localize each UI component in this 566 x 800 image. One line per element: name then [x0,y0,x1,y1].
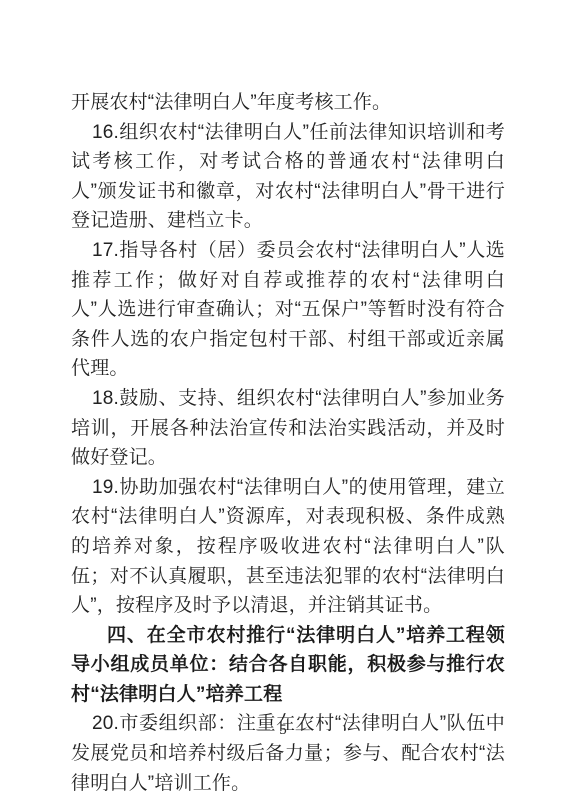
footer-dash-right: — [296,722,310,737]
footer-dash-left: — [256,722,270,737]
paragraph-item-17: 17.指导各村（居）委员会农村“法律明白人”人选推荐工作；做好对自荐或推荐的农村… [71,236,505,384]
section-heading: 四、在全市农村推行“法律明白人”培养工程领导小组成员单位：结合各自职能，积极参与… [71,621,505,710]
paragraph-continuation: 开展农村“法律明白人”年度考核工作。 [71,88,505,118]
paragraph-item-19: 19.协助加强农村“法律明白人”的使用管理，建立农村“法律明白人”资源库，对表现… [71,473,505,621]
paragraph-item-16: 16.组织农村“法律明白人”任前法律知识培训和考试考核工作，对考试合格的普通农村… [71,118,505,236]
page-number: 5 [279,722,287,739]
paragraph-item-18: 18.鼓励、支持、组织农村“法律明白人”参加业务培训，开展各种法治宣传和法治实践… [71,384,505,473]
document-body: 开展农村“法律明白人”年度考核工作。 16.组织农村“法律明白人”任前法律知识培… [71,88,505,798]
document-page: 开展农村“法律明白人”年度考核工作。 16.组织农村“法律明白人”任前法律知识培… [0,0,566,800]
page-footer: —5— [0,722,566,739]
